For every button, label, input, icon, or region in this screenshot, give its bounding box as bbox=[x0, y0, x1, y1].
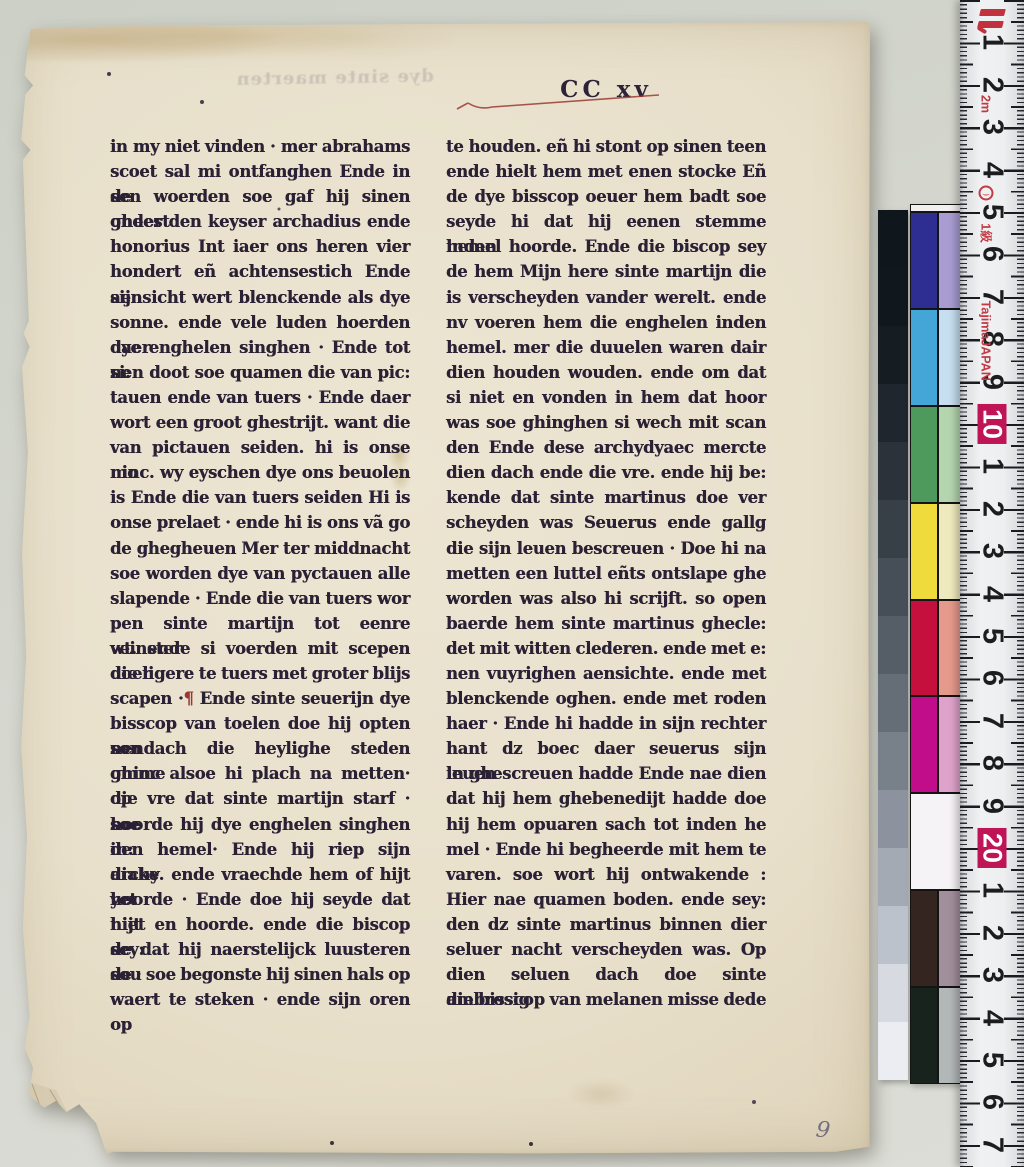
color-patch-row bbox=[911, 697, 967, 792]
ruler-number: 5 bbox=[978, 204, 1007, 220]
text-line: ghinc alsoe hi plach na metten· op bbox=[110, 761, 410, 786]
ruler-number: 8 bbox=[978, 755, 1007, 771]
color-patch-row bbox=[911, 794, 967, 889]
color-patch bbox=[911, 794, 967, 889]
ruler-number: 6 bbox=[978, 1094, 1007, 1110]
ruler-annotation: 1級 bbox=[979, 223, 992, 242]
grayscale-calibration-strip bbox=[878, 210, 908, 1080]
text-line: dye enghelen singhen · Ende tot si: bbox=[110, 335, 410, 360]
text-line: de dye bisscop oeuer hem badt soe bbox=[446, 184, 766, 209]
text-line: niet en hoorde. ende die biscop sey: bbox=[110, 912, 410, 937]
text-line: seyde hi dat hij eenen stemme inden bbox=[446, 209, 766, 234]
text-line: sonne. ende vele luden hoerden daer bbox=[110, 310, 410, 335]
ruler-number: 3 bbox=[978, 119, 1007, 135]
text-line: nen vuyrighen aensichte. ende met bbox=[446, 661, 766, 686]
text-line: hant dz boec daer seuerus sijn leuen bbox=[446, 736, 766, 761]
text-line: metten een luttel eñts ontslape ghe bbox=[446, 561, 766, 586]
text-line: seluer nacht verscheyden was. Op bbox=[446, 937, 766, 962]
color-patch bbox=[911, 407, 937, 502]
text-line: scapen ·¶ Ende sinte seuerijn dye bbox=[110, 686, 410, 711]
text-line: scoet sal mi ontfanghen Ende in de bbox=[110, 159, 410, 184]
ruler-number: 2 bbox=[978, 925, 1007, 941]
text-line: was soe ghinghen si wech mit scan bbox=[446, 410, 766, 435]
fold-crease-lines bbox=[32, 1084, 88, 1152]
ruler-number: 2 bbox=[978, 501, 1007, 517]
ruler-number: 9 bbox=[978, 798, 1007, 814]
text-line: de ghegheuen Mer ter middnacht bbox=[110, 536, 410, 561]
text-line: soe worden dye van pyctauen alle bbox=[110, 561, 410, 586]
text-line: den dz sinte martinus binnen dier bbox=[446, 912, 766, 937]
text-line: det mit witten clederen. ende met e: bbox=[446, 636, 766, 661]
text-line: onder den keyser archadius ende bbox=[110, 209, 410, 234]
ruler-number-highlight: 10 bbox=[978, 404, 1007, 444]
text-line: hemel. mer die duuelen waren dair bbox=[446, 335, 766, 360]
text-line: slapende · Ende die van tuers wor bbox=[110, 586, 410, 611]
text-line: wt. ende si voerden mit scepen doer bbox=[110, 636, 410, 661]
ruler-number: 7 bbox=[978, 1137, 1007, 1153]
color-patch bbox=[911, 310, 937, 405]
text-line: tauen ende van tuers · Ende daer bbox=[110, 385, 410, 410]
manuscript-page: dye sinte maerten CC xv in my niet vinde… bbox=[16, 22, 870, 1154]
color-patch bbox=[911, 213, 937, 308]
color-patch-row bbox=[911, 504, 967, 599]
text-line: de · soe begonste hij sinen hals op bbox=[110, 962, 410, 987]
text-line: haer · Ende hi hadde in sijn rechter bbox=[446, 711, 766, 736]
text-line: de dat hij naerstelijck luusteren sou bbox=[110, 937, 410, 962]
text-line: die bisscop van melanen misse dede bbox=[446, 987, 766, 1012]
color-patch bbox=[911, 504, 937, 599]
color-patch-row bbox=[911, 601, 967, 696]
text-line: die ligere te tuers met groter blijs bbox=[110, 661, 410, 686]
folio-number-header: CC xv bbox=[496, 76, 716, 103]
ruler-number: 3 bbox=[978, 543, 1007, 559]
text-line: hoorde · Ende doe hij seyde dat hijt bbox=[110, 887, 410, 912]
text-line: den Ende dese archydyaec mercte bbox=[446, 435, 766, 460]
text-line: kende dat sinte martinus doe ver bbox=[446, 485, 766, 510]
ruler-number: 5 bbox=[978, 628, 1007, 644]
text-line: dat hij hem ghebenedijt hadde doe bbox=[446, 786, 766, 811]
text-line: worden was also hi scrijft. so open bbox=[446, 586, 766, 611]
ink-specks bbox=[16, 22, 18, 24]
text-line: diake. ende vraechde hem of hijt yet bbox=[110, 862, 410, 887]
text-line: hondert eñ achtensestich Ende sijn bbox=[110, 259, 410, 284]
ruler-number: 7 bbox=[978, 713, 1007, 729]
ruler-number: 3 bbox=[978, 967, 1007, 983]
ruler-annotation: Tajima bbox=[979, 301, 992, 340]
ruler-number: 5 bbox=[978, 1052, 1007, 1068]
ruler-number: 1 bbox=[978, 882, 1007, 898]
pencil-annotation: 9 bbox=[815, 1117, 832, 1144]
color-patch bbox=[911, 988, 937, 1083]
ruler-number-highlight: 20 bbox=[978, 828, 1007, 868]
ruler-number: 4 bbox=[978, 586, 1007, 602]
ruler-number: 6 bbox=[978, 670, 1007, 686]
certification-mark-icon bbox=[979, 186, 994, 201]
text-line: van pictauen seiden. hi is onse mo bbox=[110, 435, 410, 460]
color-patch bbox=[911, 601, 937, 696]
text-column-right: te houden. eñ hi stont op sinen teenende… bbox=[446, 134, 766, 1014]
color-patch bbox=[911, 891, 937, 986]
fold-flap bbox=[22, 1080, 88, 1152]
text-line: die sijn leuen bescreuen · Doe hi na bbox=[446, 536, 766, 561]
ruler-number: 1 bbox=[978, 34, 1007, 50]
text-line: nendach die heylighe steden omme bbox=[110, 736, 410, 761]
text-line: hemel hoorde. Ende die biscop sey bbox=[446, 234, 766, 259]
ruler-number: 4 bbox=[978, 1010, 1007, 1026]
manuscript-page-wrap: dye sinte maerten CC xv in my niet vinde… bbox=[16, 22, 870, 1154]
text-line: aensicht wert blenckende als dye bbox=[110, 285, 410, 310]
ruler-number: 2 bbox=[978, 77, 1007, 93]
text-line: baerde hem sinte martinus ghecle: bbox=[446, 611, 766, 636]
text-line: hij hem opuaren sach tot inden he bbox=[446, 812, 766, 837]
text-line: die vre dat sinte martijn starf · soe bbox=[110, 786, 410, 811]
text-line: scheyden was Seuerus ende gallg bbox=[446, 510, 766, 535]
measuring-tape-ruler: 12345678910123456789201234567 2m1級Tajima… bbox=[960, 0, 1024, 1167]
ruler-annotation: JAPAN bbox=[979, 340, 992, 381]
photograph: { "manuscript": { "folio_header": "CC xv… bbox=[0, 0, 1024, 1167]
text-line: den hemel· Ende hij riep sijn archy bbox=[110, 837, 410, 862]
text-line: waert te steken · ende sijn oren op bbox=[110, 987, 410, 1012]
text-line: hoorde hij dye enghelen singhen in: bbox=[110, 812, 410, 837]
color-patch-row bbox=[911, 891, 967, 986]
text-line: dien houden wouden. ende om dat bbox=[446, 360, 766, 385]
rubric-paragraph-mark: ¶ bbox=[183, 689, 193, 708]
text-line: is Ende die van tuers seiden Hi is bbox=[110, 485, 410, 510]
text-line: wort een groot ghestrijt. want die bbox=[110, 410, 410, 435]
show-through-text: dye sinte maerten bbox=[144, 65, 435, 106]
text-line: ninc. wy eyschen dye ons beuolen bbox=[110, 460, 410, 485]
text-line: ende hielt hem met enen stocke Eñ bbox=[446, 159, 766, 184]
color-bar-white-cap bbox=[911, 205, 967, 211]
text-line: si niet en vonden in hem dat hoor bbox=[446, 385, 766, 410]
text-line: blenckende oghen. ende met roden bbox=[446, 686, 766, 711]
text-line: mel · Ende hi begheerde mit hem te bbox=[446, 837, 766, 862]
text-line: in ghescreuen hadde Ende nae dien bbox=[446, 761, 766, 786]
text-line: de hem Mijn here sinte martijn die bbox=[446, 259, 766, 284]
ruler-annotation: 2m bbox=[979, 95, 992, 113]
text-line: bisscop van toelen doe hij opten son bbox=[110, 711, 410, 736]
ruler-number: 1 bbox=[978, 458, 1007, 474]
ruler-number: 4 bbox=[978, 162, 1007, 178]
text-line: dien seluen dach doe sinte ambrosig bbox=[446, 962, 766, 987]
text-line: varen. soe wort hij ontwakende : bbox=[446, 862, 766, 887]
text-line: onse prelaet · ende hi is ons vã go bbox=[110, 510, 410, 535]
text-line: in my niet vinden · mer abrahams bbox=[110, 134, 410, 159]
text-line: te houden. eñ hi stont op sinen teen bbox=[446, 134, 766, 159]
bottom-stain bbox=[556, 1074, 646, 1114]
color-patch-row bbox=[911, 988, 967, 1083]
text-line: Hier nae quamen boden. ende sey: bbox=[446, 887, 766, 912]
top-edge-stain bbox=[26, 25, 506, 61]
ruler-number: 6 bbox=[978, 246, 1007, 262]
text-column-left: in my niet vinden · mer abrahamsscoet sa… bbox=[110, 134, 410, 1014]
color-patch-row bbox=[911, 407, 967, 502]
color-patch bbox=[911, 697, 937, 792]
text-line: is verscheyden vander werelt. ende bbox=[446, 285, 766, 310]
text-line: nv voeren hem die enghelen inden bbox=[446, 310, 766, 335]
text-line: dien dach ende die vre. ende hij be: bbox=[446, 460, 766, 485]
text-line: sen woerden soe gaf hij sinen gheest bbox=[110, 184, 410, 209]
color-patch-row bbox=[911, 213, 967, 308]
text-line: nen doot soe quamen die van pic: bbox=[110, 360, 410, 385]
color-patch-row bbox=[911, 310, 967, 405]
text-line: pen sinte martijn tot eenre veinster bbox=[110, 611, 410, 636]
text-line: honorius Int iaer ons heren vier bbox=[110, 234, 410, 259]
